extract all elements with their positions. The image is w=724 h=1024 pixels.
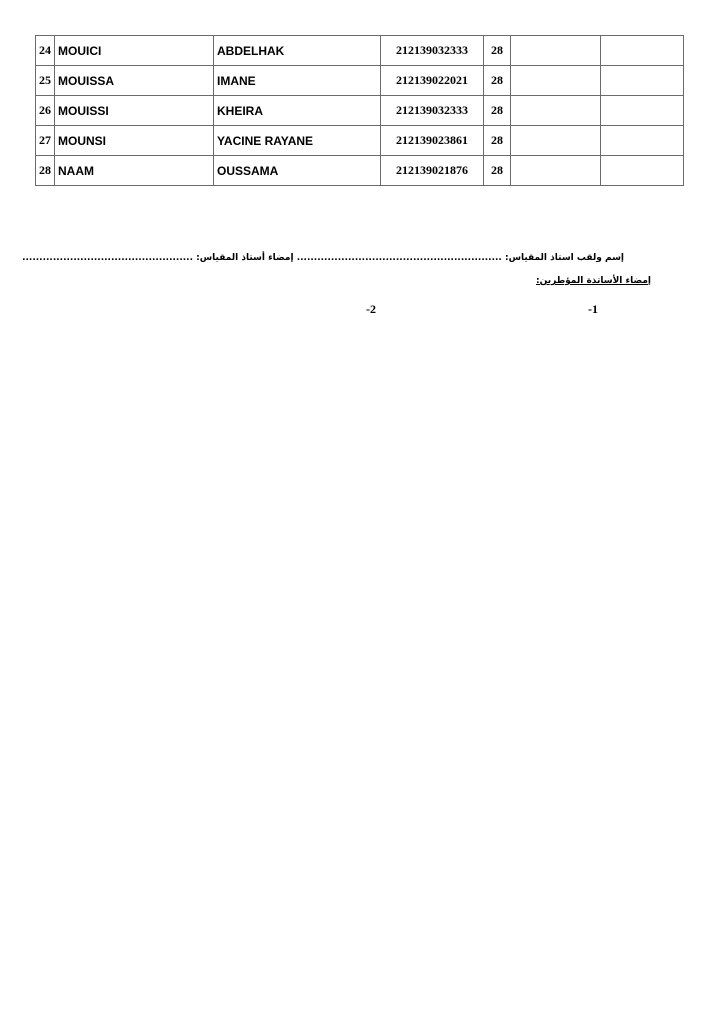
cell-no: 28 — [36, 156, 55, 186]
cell-col6 — [511, 66, 601, 96]
cell-group: 28 — [484, 36, 511, 66]
cell-col6 — [511, 156, 601, 186]
cell-first-name: IMANE — [214, 66, 381, 96]
supervisor-signature-1: -1 — [588, 302, 598, 317]
cell-no: 27 — [36, 126, 55, 156]
cell-col7 — [601, 66, 684, 96]
cell-no: 25 — [36, 66, 55, 96]
table-row: 26MOUISSIKHEIRA21213903233328 — [36, 96, 684, 126]
cell-no: 24 — [36, 36, 55, 66]
cell-first-name: KHEIRA — [214, 96, 381, 126]
cell-first-name: OUSSAMA — [214, 156, 381, 186]
cell-col6 — [511, 96, 601, 126]
cell-col7 — [601, 156, 684, 186]
cell-id: 212139023861 — [381, 126, 484, 156]
cell-col6 — [511, 126, 601, 156]
student-roster-table: 24MOUICIABDELHAK2121390323332825MOUISSAI… — [35, 35, 684, 186]
cell-col7 — [601, 36, 684, 66]
cell-id: 212139032333 — [381, 96, 484, 126]
cell-col7 — [601, 96, 684, 126]
cell-last-name: MOUISSA — [55, 66, 214, 96]
cell-last-name: MOUICI — [55, 36, 214, 66]
cell-col6 — [511, 36, 601, 66]
cell-last-name: NAAM — [55, 156, 214, 186]
cell-group: 28 — [484, 66, 511, 96]
cell-id: 212139032333 — [381, 36, 484, 66]
cell-last-name: MOUNSI — [55, 126, 214, 156]
cell-id: 212139022021 — [381, 66, 484, 96]
cell-col7 — [601, 126, 684, 156]
cell-group: 28 — [484, 156, 511, 186]
cell-group: 28 — [484, 96, 511, 126]
teacher-name-signature-line: إسم ولقب استاذ المقياس: ................… — [22, 253, 624, 263]
cell-first-name: YACINE RAYANE — [214, 126, 381, 156]
table-row: 25MOUISSAIMANE21213902202128 — [36, 66, 684, 96]
table-row: 24MOUICIABDELHAK21213903233328 — [36, 36, 684, 66]
cell-first-name: ABDELHAK — [214, 36, 381, 66]
supervisors-signature-label: إمضاء الأساتذة المؤطرين: — [536, 276, 651, 286]
cell-last-name: MOUISSI — [55, 96, 214, 126]
cell-no: 26 — [36, 96, 55, 126]
cell-group: 28 — [484, 126, 511, 156]
table-row: 28NAAMOUSSAMA21213902187628 — [36, 156, 684, 186]
supervisor-signature-2: -2 — [366, 302, 376, 317]
cell-id: 212139021876 — [381, 156, 484, 186]
table-row: 27MOUNSIYACINE RAYANE21213902386128 — [36, 126, 684, 156]
